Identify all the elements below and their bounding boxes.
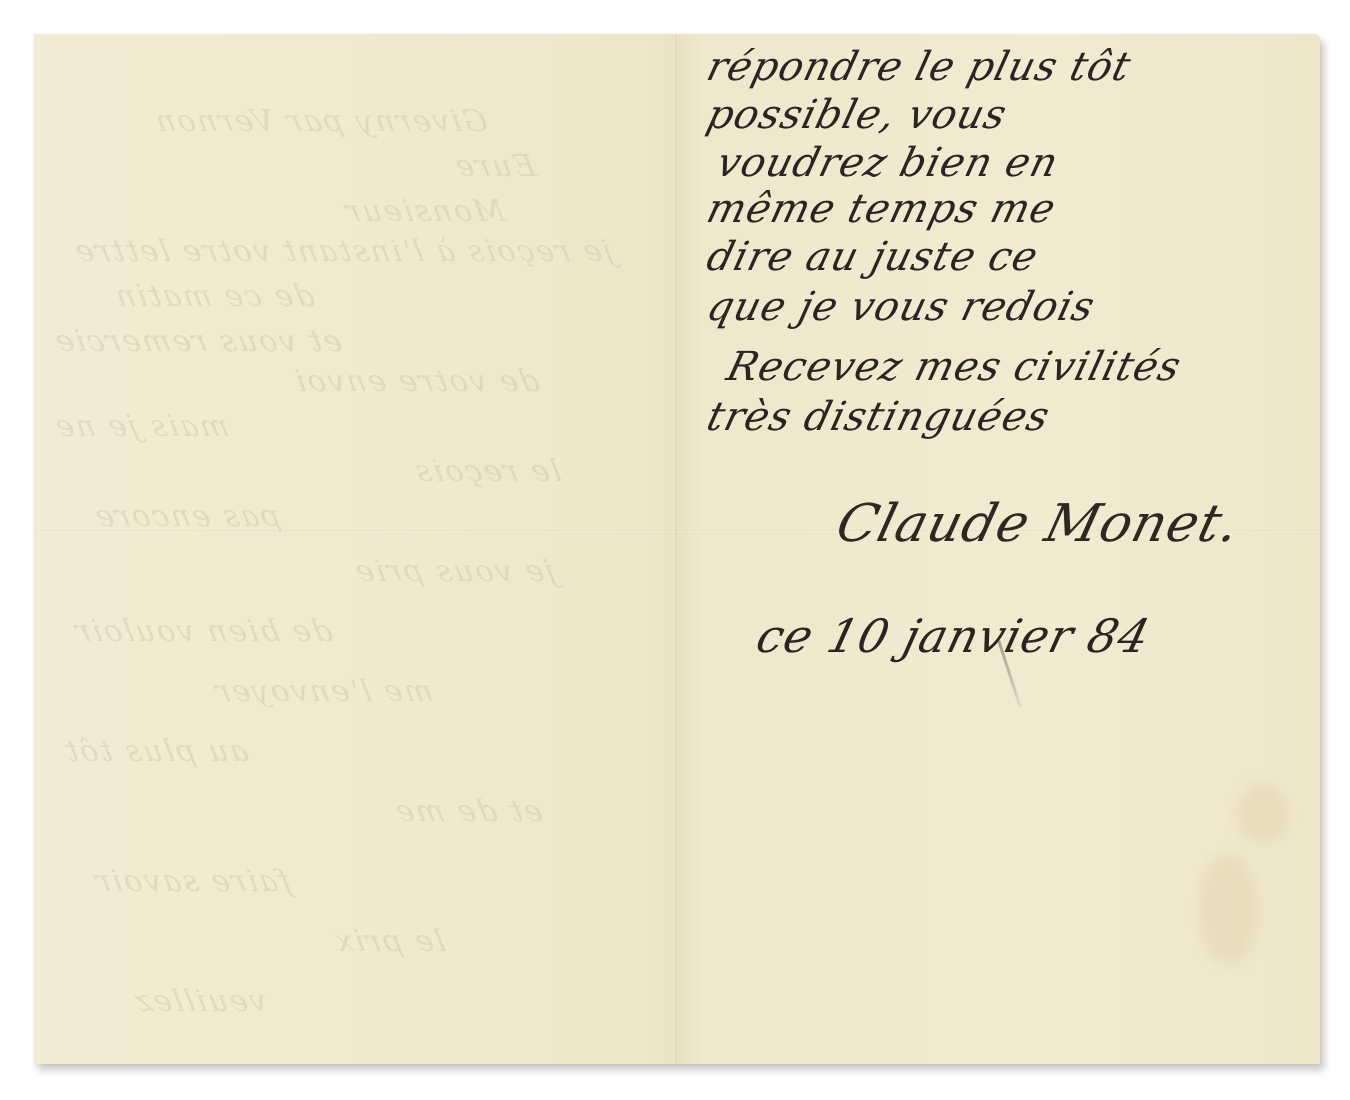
ghost-line: Giverny par Vernon [150,104,491,139]
ghost-line: Eure [450,149,539,184]
letter-line: Recevez mes civilités [722,344,1186,390]
ghost-line: me l'envoyer [210,674,436,709]
ghost-line: de bien vouloir [70,614,335,649]
ghost-line: veuillez [130,984,270,1019]
ghost-line: de ce matin [110,279,317,314]
ghost-line: Monsieur [340,194,508,229]
ghost-line: de votre envoi [290,364,542,399]
letter-sheet: Giverny par Vernon Eure Monsieur je reço… [34,34,1320,1064]
letter-date: ce 10 janvier 84 [751,609,1156,663]
letter-line: même temps me [702,186,1061,232]
ghost-line: et vous remercie [50,324,345,359]
letter-line: possible, vous [702,92,1011,138]
letter-line: répondre le plus tôt [702,44,1136,90]
ghost-line: je reçois à l'instant votre lettre [70,234,616,269]
right-page: répondre le plus tôt possible, vous voud… [678,34,1320,1064]
paper-stain [1198,854,1258,964]
ghost-line: pas encore [90,499,284,534]
ghost-line: faire savoir [90,864,294,899]
paper-stain [1238,784,1288,844]
letter-line: que je vous redois [702,284,1100,330]
ghost-line: au plus tôt [60,734,251,769]
letter-line: très distinguées [702,394,1054,440]
ghost-line: le prix [330,924,448,959]
left-page: Giverny par Vernon Eure Monsieur je reço… [34,34,676,1064]
letter-line: dire au juste ce [702,234,1043,280]
ghost-line: je vous prie [350,554,558,589]
ghost-line: le reçois [410,454,564,489]
scan-canvas: Giverny par Vernon Eure Monsieur je reço… [0,0,1350,1100]
letter-line: voudrez bien en [712,140,1063,186]
ghost-line: mais je ne [50,409,232,444]
ghost-line: et de me [390,794,545,829]
signature: Claude Monet. [831,494,1247,554]
